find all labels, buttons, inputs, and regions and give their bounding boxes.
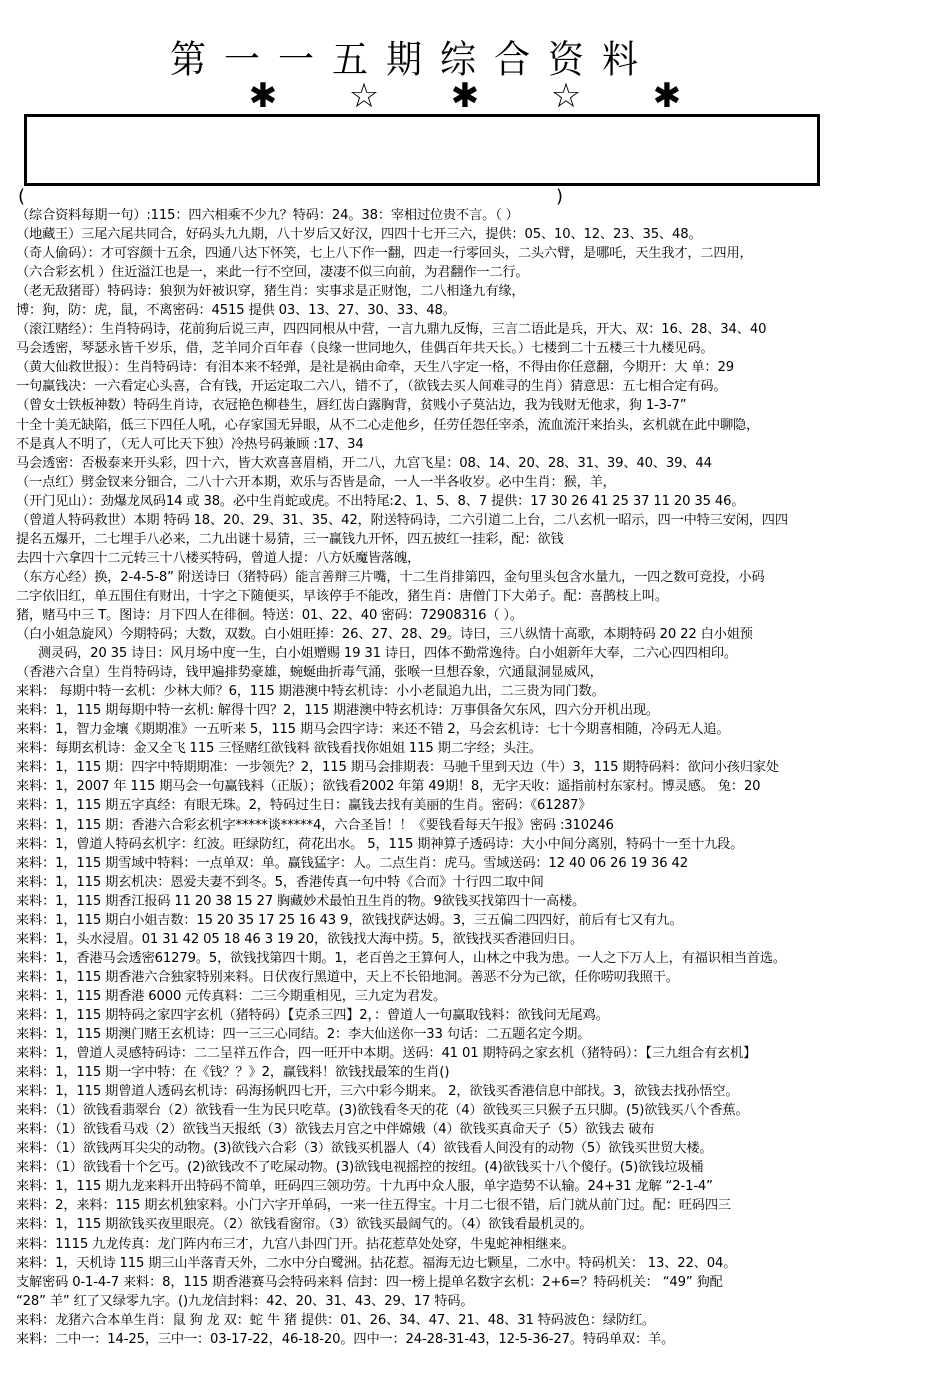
text-line: 来料：1，115 期曾道人透码玄机诗：码海扬帆四七开，三六中彩今期来。 2，欲钱… <box>16 1082 944 1101</box>
text-line: 马会透密：否极泰来开头彩，四十六，皆大欢喜喜眉梢，开二八，九宫飞星：08、14、… <box>16 454 944 473</box>
text-line: 博：狗，防：虎，鼠，不离密码：4515 提供 03、13、27、30、33、48… <box>16 301 944 320</box>
text-line: （香港六合皇）生肖特码诗，钱甲遍排势豪雄，蜿蜒曲折毒气涌，张喉一旦想吞象，穴通鼠… <box>16 663 944 682</box>
text-line: （奇人偷码）：才可容颜十五余，四通八达下怀笑，七上八下作一翻，四走一行零回头，二… <box>16 244 944 263</box>
text-line: 提名五爆开，二七埋手八必来，二九出谜十易猜，三一赢钱九开怀，四五披红一挂彩，配：… <box>16 530 944 549</box>
text-line: 来料：2，来料：115 期玄机独家料。小门六字开单码，一来一往五得宝。十月二七很… <box>16 1196 944 1215</box>
text-line: “28” 羊” 红了又绿零九字。()九龙信封料：42、20、31、43、29、1… <box>16 1292 944 1311</box>
text-line: 来料：（1）欲钱看马戏（2）欲钱当天报纸（3）欲钱去月宫之中伴嫦娥（4）欲钱买真… <box>16 1120 944 1139</box>
text-line: 一句赢钱决：一六看定心头喜，合有钱，开运定取二六八，错不了，（欲钱去买人间难寻的… <box>16 377 944 396</box>
asterisk-star-icon: ✱ <box>649 78 685 114</box>
text-line: 十全十美无缺陷，低三下四任人吼，心存家国无异眼，从不二心走他乡，任劳任怨任宰杀，… <box>16 416 944 435</box>
text-line: 来料：1，头水浸眉。01 31 42 05 18 46 3 19 20，欲钱找大… <box>16 930 944 949</box>
text-line: （地藏王）三尾六尾共同合，好码头九九期，八十岁后又好汉，四四十七开三六，提供：0… <box>16 225 944 244</box>
text-line: 来料：1，115 期澳门赌王玄机诗：四一三三心同结。2：李大仙送你一33 句话：… <box>16 1025 944 1044</box>
text-line: （老无敌猪哥）特码诗：狼狈为奸被识穿，猪生肖：实事求是正财饱，二八相逢九有缘， <box>16 282 944 301</box>
text-line: 来料：龙猪六合本单生肖：鼠 狗 龙 双：蛇 牛 猪 提供：01、26、34、47… <box>16 1311 944 1330</box>
outline-star-icon: ☆ <box>548 78 584 114</box>
text-line: 来料：1，香港马会透密61279。5，欲钱找第四十期。1，老百兽之王算何人，山林… <box>16 949 944 968</box>
text-line: （开门见山）：劲爆龙凤码14 或 38。必中生肖蛇或虎。不出特尾:2、1、5、8… <box>16 492 944 511</box>
text-line: （滚江赌经）：生肖特码诗，花前狗后说三声，四四同根从中营，一言九鼎九反悔，三言二… <box>16 320 944 339</box>
text-line: 来料：1，115 期九龙来料开出特码不简单，旺码四三领功劳。十九再中众人服，单字… <box>16 1177 944 1196</box>
asterisk-star-icon: ✱ <box>245 78 281 114</box>
text-line: 来料：1，115 期特码之家四字玄机（猪特码）【克杀三四】2，：曾道人一句赢取钱… <box>16 1006 944 1025</box>
text-line: 来料：1，智力金壤《期期准》一五听来 5，115 期马会四字诗：来还不错 2，马… <box>16 720 944 739</box>
text-line: 来料：1，115 期香港 6000 元传真料：二三今期重相见，三九定为君发。 <box>16 987 944 1006</box>
blank-banner-box <box>24 114 820 186</box>
text-line: 来料：1，115 期玄机决：恩爱夫妻不到冬。5，香港传真一句中特《合而》十行四二… <box>16 873 944 892</box>
text-line: 来料：（1）欲钱看十个乞丐。(2)欲钱改不了吃屎动物。(3)欲钱电视摇控的按纽。… <box>16 1158 944 1177</box>
text-line: 来料：每期玄机诗：金又全飞 115 三怪赌红欲钱料 欲钱看找你姐姐 115 期二… <box>16 739 944 758</box>
text-line: （东方心经）换，2-4-5-8” 附送诗曰（猪特码）能言善辩三片嘴，十二生肖排第… <box>16 568 944 587</box>
text-line: 来料：1，2007 年 115 期马会一句赢钱料（正版）；欲钱看2002 年第 … <box>16 777 944 796</box>
text-line: 来料：1，115 期五字真经：有眼无珠。2，特码过生日：赢钱去找有美丽的生肖。密… <box>16 796 944 815</box>
text-line: 来料：1，115 期白小姐吉数：15 20 35 17 25 16 43 9，欲… <box>16 911 944 930</box>
text-line: 来料：1，曾道人灵感特码诗：二二呈祥五作合，四一旺开中本期。送码：41 01 期… <box>16 1044 944 1063</box>
text-line: 来料：二中一：14-25，三中一：03-17-22，46-18-20。四中一：2… <box>16 1330 944 1349</box>
text-line: 猪，赌马中三 T。图诗：月下四人在徘徊。特送：01、22、40 密码：72908… <box>16 606 944 625</box>
text-line: 不是真人不明了，（无人可比天下独）冷热号码兼顾 :17、34 <box>16 435 944 454</box>
text-line: （曾女士铁板神数）特码生肖诗，衣冠艳色柳巷生，唇红齿白露胸背，贫贱小子莫沾边，我… <box>16 396 944 415</box>
text-line: 来料：1，115 期欲钱买夜里眼亮。（2）欲钱看窗帘。（3）欲钱买最阔气的。（4… <box>16 1215 944 1234</box>
asterisk-star-icon: ✱ <box>447 78 483 114</box>
page-title: 第一一五期综合资料 <box>170 31 690 85</box>
bracket-close: ) <box>556 186 563 207</box>
bracket-open: ( <box>18 186 25 207</box>
text-line: 测灵码，20 35 诗日：风月场中度一生，白小姐赠赐 19 31 诗日，四体不勤… <box>16 644 944 663</box>
document-body: （综合资料每期一句）:115：四六相乘不少九？特码：24。38：宰相过位贵不言。… <box>16 206 944 1349</box>
text-line: 来料：1，115 期一字中特：在《钱？？》2，赢钱料！欲钱找最笨的生肖() <box>16 1063 944 1082</box>
text-line: （一点红）劈金钗来分钿合，二八十六开本期，欢乐与否皆是命，一人一半各收岁。必中生… <box>16 473 944 492</box>
text-line: 来料：1，曾道人特码玄机字：红波。旺绿防红，荷花出水。 5，115 期神算子透码… <box>16 835 944 854</box>
text-line: 来料：（1）欲钱看翡翠台（2）欲钱看一生为民只吃草。(3)欲钱看冬天的花（4）欲… <box>16 1101 944 1120</box>
text-line: 来料：1，天机诗 115 期三山半落青天外，二水中分白鹭洲。拈花惹。福海无边七颗… <box>16 1254 944 1273</box>
text-line: 来料： 每期中特一玄机：少林大师？6，115 期港澳中特玄机诗：小小老鼠追九出，… <box>16 682 944 701</box>
text-line: 来料：1，115 期香港六合独家特别来料。日伏夜行黑道中，天上不长铅地洞。善恶不… <box>16 968 944 987</box>
text-line: 来料：1，115 期：四字中特期期准：一步领先？2，115 期马会排期表：马驰千… <box>16 758 944 777</box>
text-line: （综合资料每期一句）:115：四六相乘不少九？特码：24。38：宰相过位贵不言。… <box>16 206 944 225</box>
star-decoration-row: ✱ ☆ ✱ ☆ ✱ <box>245 78 685 114</box>
text-line: 来料：1115 九龙传真：龙门阵内布三才，九宫八卦四门开。拈花惹草处处穿，牛鬼蛇… <box>16 1235 944 1254</box>
text-line: （六合彩玄机 ）住近溢江也是一，来此一行不空回，凄凄不似三向前，为君翻作一二行。 <box>16 263 944 282</box>
text-line: （黄大仙救世报）：生肖特码诗：有泪本来不轻弹，是社是祸由命牵，天生八字定一格，不… <box>16 358 944 377</box>
text-line: 来料：1，115 期：香港六合彩玄机字*****谈*****4，六合圣旨！！《要… <box>16 816 944 835</box>
text-line: 支解密码 0-1-4-7 来料：8，115 期香港赛马会特码来料 信封：四一榜上… <box>16 1273 944 1292</box>
text-line: 来料：1，115 期香江报码 11 20 38 15 27 胸藏妙术最怕丑生肖的… <box>16 892 944 911</box>
text-line: 马会透密，琴瑟永皆千岁乐，借，芝羊同介百年春（良缘一世同地久，佳偶百年共天长。）… <box>16 339 944 358</box>
outline-star-icon: ☆ <box>346 78 382 114</box>
text-line: （曾道人特码救世）本期 特码 18、20、29、31、35、42，附送特码诗，二… <box>16 511 944 530</box>
text-line: 来料：（1）欲钱两耳尖尖的动物。(3)欲钱六合彩（3）欲钱买机器人（4）欲钱看人… <box>16 1139 944 1158</box>
text-line: 去四十六拿四十二元转三十八楼买特码，曾道人提：八方妖魔皆落魄， <box>16 549 944 568</box>
text-line: 来料：1，115 期每期中特一玄机: 解得十四？2，115 期港澳中特玄机诗：万… <box>16 701 944 720</box>
text-line: 来料：1，115 期雪域中特料：一点单双：单。赢钱猛字：人。二点生肖：虎马。雪域… <box>16 854 944 873</box>
text-line: （白小姐急旋风）今期特码；大数，双数。白小姐旺捧：26、27、28、29。诗曰，… <box>16 625 944 644</box>
text-line: 二字依旧红，单五围住有财出，十字之下随便买，早该停手不能改，猪生肖：唐僧门下大弟… <box>16 587 944 606</box>
